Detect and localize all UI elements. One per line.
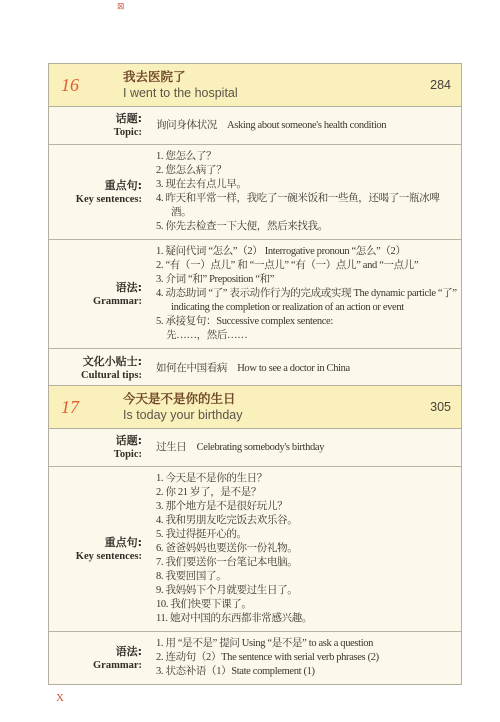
grammar-row: 语法: Grammar: 1. 疑问代词 “怎么”（2） Interrogati…	[49, 239, 461, 348]
book-page: { "page": { "top_mark": "⊠", "footer_pag…	[0, 0, 500, 722]
text-line: 8. 我要回国了。	[156, 570, 457, 584]
lesson-title-en: I went to the hospital	[123, 85, 238, 102]
key-sentences-row: 重点句: Key sentences: 1. 您怎么了？2. 您怎么病了？3. …	[49, 144, 461, 239]
text-line: 3. 状态补语（1）State complement (1)	[156, 665, 457, 679]
grammar-label: 语法: Grammar:	[49, 240, 149, 348]
text-line: 1. 疑问代词 “怎么”（2） Interrogative pronoun “怎…	[156, 245, 457, 259]
topic-row: 话题: Topic: 过生日 Celebrating somebody's bi…	[49, 429, 461, 466]
grammar-list: 1. 疑问代词 “怎么”（2） Interrogative pronoun “怎…	[149, 240, 461, 348]
lesson-17-header: 17 今天是不是你的生日 Is today your birthday 305	[49, 386, 461, 429]
text-line: 9. 我妈妈下个月就要过生日了。	[156, 584, 457, 598]
topic-label-en: Topic:	[114, 448, 142, 461]
cultural-tips-label-zh: 文化小贴士:	[83, 355, 142, 369]
key-sentences-label-en: Key sentences:	[76, 550, 142, 563]
text-line: 1. 用 “是不是” 提问 Using “是不是” to ask a quest…	[156, 637, 457, 651]
page-number-ref: 284	[430, 78, 451, 92]
lesson-17-block: 17 今天是不是你的生日 Is today your birthday 305 …	[48, 385, 462, 685]
lesson-number: 16	[61, 75, 79, 96]
topic-label-zh: 话题:	[116, 434, 142, 448]
grammar-list: 1. 用 “是不是” 提问 Using “是不是” to ask a quest…	[149, 632, 461, 684]
topic-content: 过生日 Celebrating somebody's birthday	[149, 429, 461, 466]
topic-row: 话题: Topic: 询问身体状况 Asking about someone's…	[49, 107, 461, 144]
text-line: 2. “有（一）点儿” 和 “一点儿” “有（一）点儿” and “一点儿”	[156, 259, 457, 273]
key-sentences-label-zh: 重点句:	[105, 536, 142, 550]
text-line: 11. 她对中国的东西都非常感兴趣。	[156, 612, 457, 626]
grammar-label-en: Grammar:	[93, 295, 142, 308]
text-line: 4. 动态助词 “了” 表示动作行为的完成或实现 The dynamic par…	[156, 287, 457, 315]
grammar-label-en: Grammar:	[93, 659, 142, 672]
text-line: 3. 介词 “和” Preposition “和”	[156, 273, 457, 287]
cultural-tips-label: 文化小贴士: Cultural tips:	[49, 349, 149, 388]
grammar-row: 语法: Grammar: 1. 用 “是不是” 提问 Using “是不是” t…	[49, 631, 461, 684]
key-sentences-label-zh: 重点句:	[105, 179, 142, 193]
footer-page-number: X	[56, 692, 64, 704]
cultural-tips-content: 如何在中国看病 How to see a doctor in China	[149, 349, 461, 388]
text-line: 5. 承接复句：Successive complex sentence:	[156, 315, 457, 329]
text-line: 5. 你先去检查一下大便，然后来找我。	[156, 220, 457, 234]
grammar-label: 语法: Grammar:	[49, 632, 149, 684]
topic-content: 询问身体状况 Asking about someone's health con…	[149, 107, 461, 144]
text-line: 6. 爸爸妈妈也要送你一份礼物。	[156, 542, 457, 556]
text-line: 4. 我和男朋友吃完饭去欢乐谷。	[156, 514, 457, 528]
page-number-ref: 305	[430, 400, 451, 414]
lesson-title-en: Is today your birthday	[123, 407, 243, 424]
topic-text: 询问身体状况 Asking about someone's health con…	[156, 119, 457, 133]
lesson-titles: 今天是不是你的生日 Is today your birthday	[123, 390, 243, 424]
lesson-title-zh: 我去医院了	[123, 68, 238, 85]
text-line: 先……，然后……	[156, 329, 457, 343]
text-line: 2. 你 21 岁了，是不是？	[156, 486, 457, 500]
key-sentences-label: 重点句: Key sentences:	[49, 145, 149, 239]
lesson-number: 17	[61, 397, 79, 418]
text-line: 3. 现在去有点儿早。	[156, 178, 457, 192]
key-sentences-list: 1. 您怎么了？2. 您怎么病了？3. 现在去有点儿早。4. 昨天和平常一样，我…	[149, 145, 461, 239]
cultural-tips-text: 如何在中国看病 How to see a doctor in China	[156, 362, 457, 376]
key-sentences-list: 1. 今天是不是你的生日？2. 你 21 岁了，是不是？3. 那个地方是不是很好…	[149, 467, 461, 631]
topic-text: 过生日 Celebrating somebody's birthday	[156, 441, 457, 455]
grammar-label-zh: 语法:	[116, 281, 142, 295]
topic-label-zh: 话题:	[116, 112, 142, 126]
grammar-label-zh: 语法:	[116, 645, 142, 659]
text-line: 5. 我过得挺开心的。	[156, 528, 457, 542]
text-line: 10. 我们快要下课了。	[156, 598, 457, 612]
top-mark-icon: ⊠	[117, 3, 125, 12]
text-line: 4. 昨天和平常一样，我吃了一碗米饭和一些鱼，还喝了一瓶冰啤酒。	[156, 192, 457, 220]
key-sentences-label-en: Key sentences:	[76, 193, 142, 206]
text-line: 1. 今天是不是你的生日？	[156, 472, 457, 486]
topic-label: 话题: Topic:	[49, 107, 149, 144]
topic-label-en: Topic:	[114, 126, 142, 139]
text-line: 3. 那个地方是不是很好玩儿？	[156, 500, 457, 514]
text-line: 2. 您怎么病了？	[156, 164, 457, 178]
text-line: 2. 连动句（2）The sentence with serial verb p…	[156, 651, 457, 665]
lesson-16-block: 16 我去医院了 I went to the hospital 284 话题: …	[48, 63, 462, 389]
key-sentences-label: 重点句: Key sentences:	[49, 467, 149, 631]
topic-label: 话题: Topic:	[49, 429, 149, 466]
key-sentences-row: 重点句: Key sentences: 1. 今天是不是你的生日？2. 你 21…	[49, 466, 461, 631]
lesson-16-header: 16 我去医院了 I went to the hospital 284	[49, 64, 461, 107]
lesson-titles: 我去医院了 I went to the hospital	[123, 68, 238, 102]
cultural-tips-row: 文化小贴士: Cultural tips: 如何在中国看病 How to see…	[49, 348, 461, 388]
lesson-title-zh: 今天是不是你的生日	[123, 390, 243, 407]
cultural-tips-label-en: Cultural tips:	[81, 369, 142, 382]
text-line: 1. 您怎么了？	[156, 150, 457, 164]
text-line: 7. 我们要送你一台笔记本电脑。	[156, 556, 457, 570]
